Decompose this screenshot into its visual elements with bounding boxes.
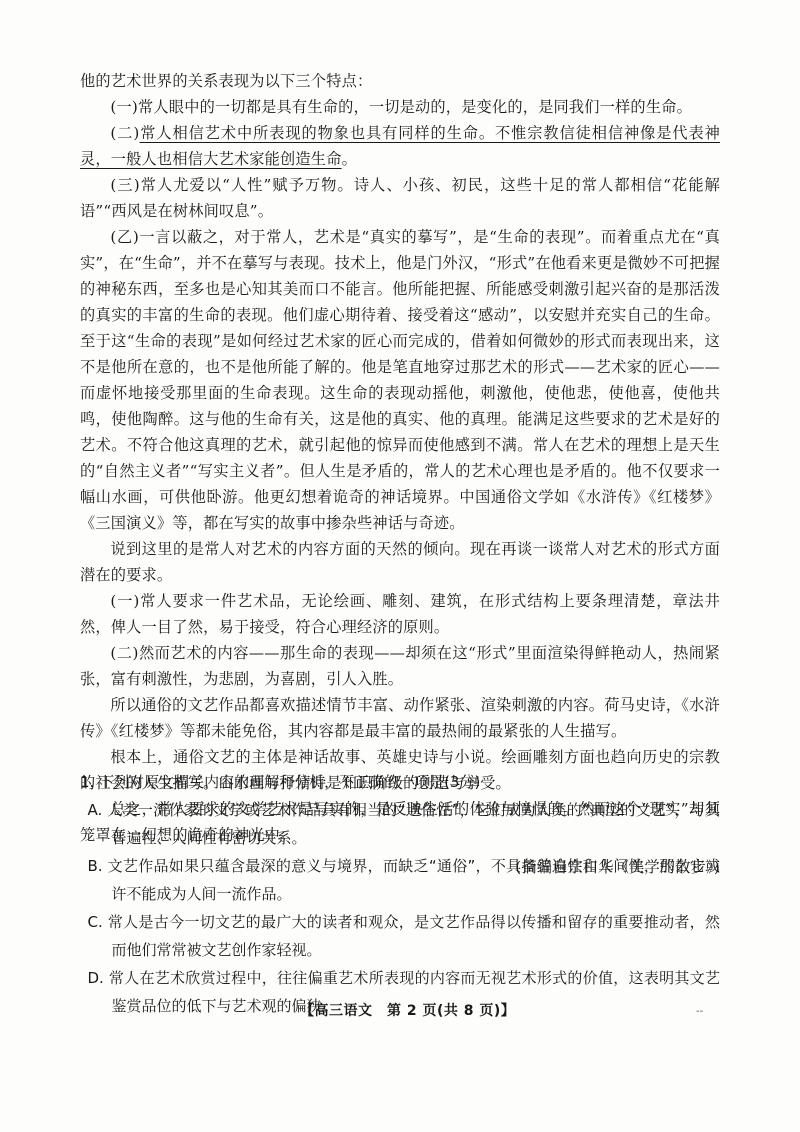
option-a: A. 人类一流作家的文学或艺术作品具有相当的“通俗性”，它们成为人类的“典型的文…	[80, 796, 720, 852]
corner-mark: --	[696, 1006, 703, 1017]
question-stem: 1. 下列对原文相关内容的理解和分析，不正确的一项是(3分)	[80, 768, 720, 796]
page-footer: 【高三语文 第 2 页(共 8 页)】	[300, 1000, 515, 1020]
passage-point-1: (一)常人眼中的一切都是具有生命的，一切是动的，是变化的，是同我们一样的生命。	[80, 94, 720, 120]
passage-paragraph-form: 说到这里的是常人对艺术的内容方面的天然的倾向。现在再谈一谈常人对艺术的形式方面潜…	[80, 536, 720, 588]
option-c: C. 常人是古今一切文艺的最广大的读者和观众，是文艺作品得以传播和留存的重要推动…	[80, 908, 720, 964]
passage-paragraph-popular: 所以通俗的文艺作品都喜欢描述情节丰富、动作紧张、渲染刺激的内容。荷马史诗，《水浒…	[80, 692, 720, 744]
passage-point-3: (三)常人尤爱以“人性”赋予万物。诗人、小孩、初民，这些十足的常人都相信“花能解…	[80, 172, 720, 224]
exam-page: 他的艺术世界的关系表现为以下三个特点： (一)常人眼中的一切都是具有生命的，一切…	[0, 0, 800, 1132]
question-1: 1. 下列对原文相关内容的理解和分析，不正确的一项是(3分) A. 人类一流作家…	[80, 768, 720, 1020]
passage-form-point-2: (二)然而艺术的内容——那生命的表现——却须在这“形式”里面渲染得鲜艳动人，热闹…	[80, 640, 720, 692]
passage-form-point-1: (一)常人要求一件艺术品，无论绘画、雕刻、建筑，在形式结构上要条理清楚，章法井然…	[80, 588, 720, 640]
underlined-sentence: 常人相信艺术中所表现的物象也具有同样的生命。不惟宗教信徒相信神像是代表神灵，一般…	[80, 124, 720, 168]
option-b: B. 文艺作品如果只蕴含最深的意义与境界，而缺乏“通俗”，不具备普遍性和人间性，…	[80, 852, 720, 908]
passage-paragraph-yi: (乙)一言以蔽之，对于常人，艺术是“真实的摹写”，是“生命的表现”。而着重点尤在…	[80, 224, 720, 536]
reading-passage: 他的艺术世界的关系表现为以下三个特点： (一)常人眼中的一切都是具有生命的，一切…	[80, 68, 720, 880]
passage-intro: 他的艺术世界的关系表现为以下三个特点：	[80, 68, 720, 94]
passage-point-2: (二)常人相信艺术中所表现的物象也具有同样的生命。不惟宗教信徒相信神像是代表神灵…	[80, 120, 720, 172]
